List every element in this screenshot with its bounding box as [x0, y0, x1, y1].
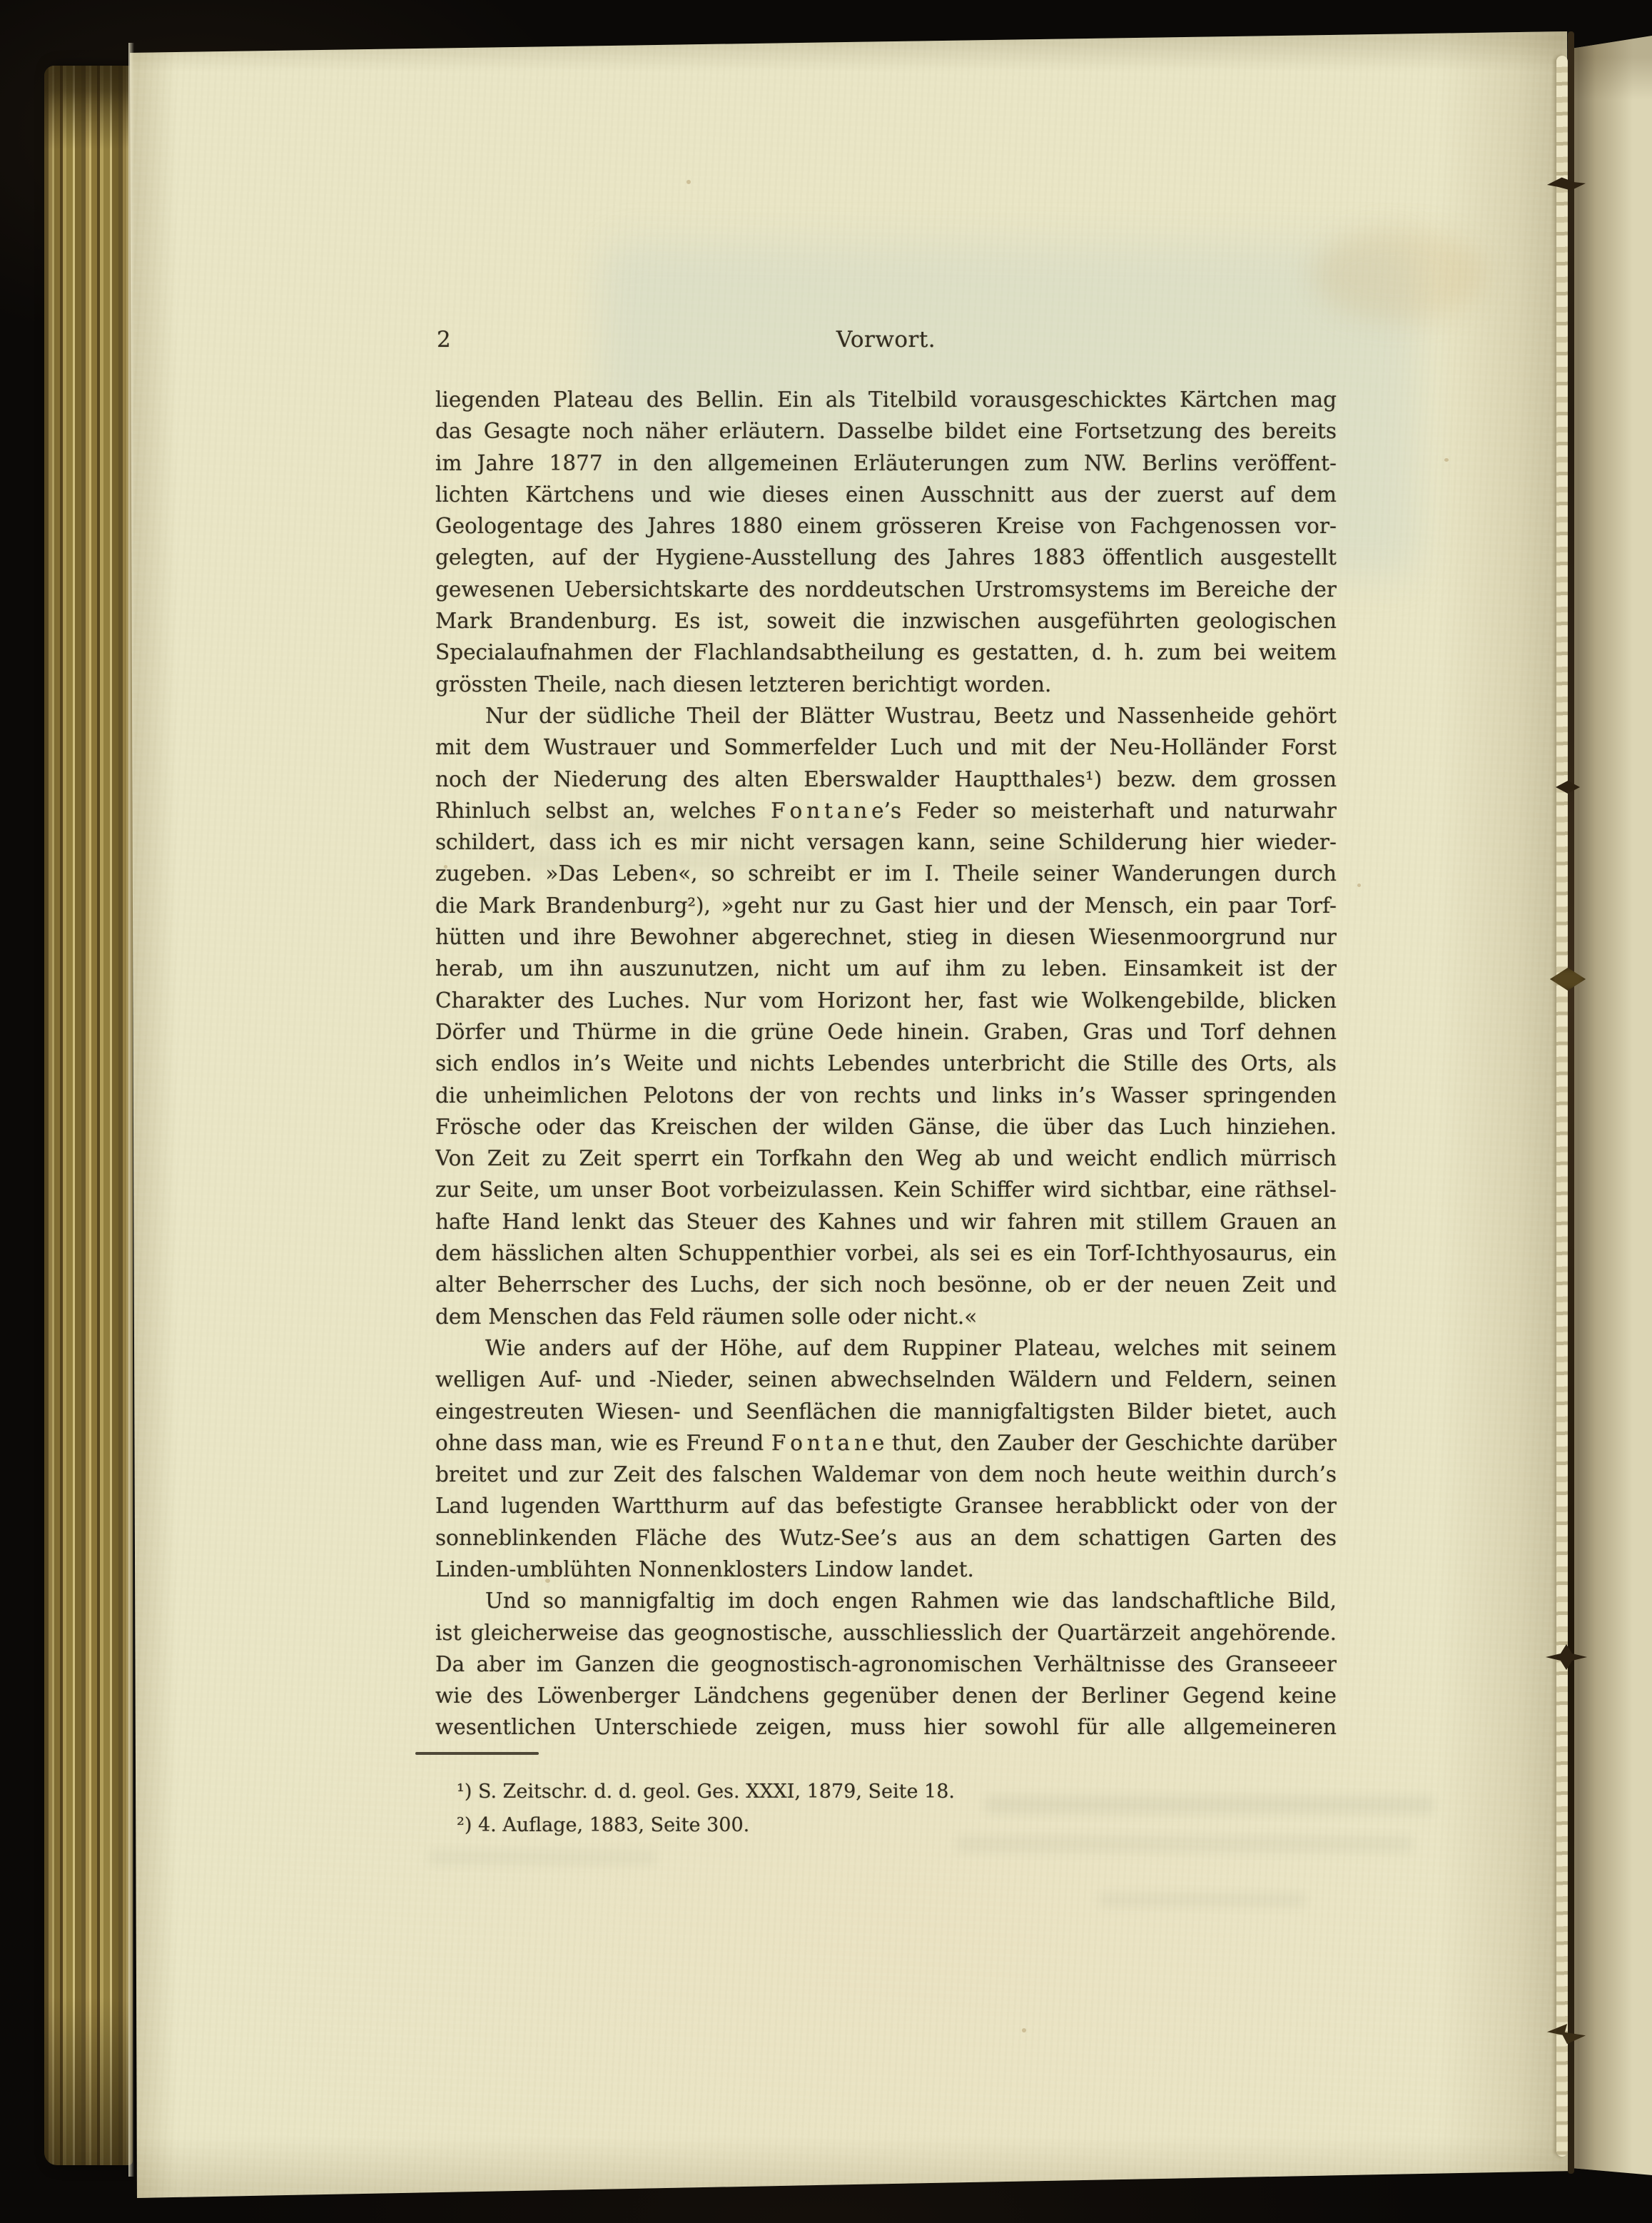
footnote-rule — [415, 1752, 539, 1755]
text-line: schildert, dass ich es mir nicht versage… — [435, 826, 1337, 858]
text-line: ohne dass man, wie es Freund F o n t a n… — [435, 1427, 1337, 1459]
paragraph: liegenden Plateau des Bellin. Ein als Ti… — [435, 384, 1337, 700]
text-line: hafte Hand lenkt das Steuer des Kahnes u… — [435, 1206, 1337, 1237]
text-line: Dörfer und Thürme in die grüne Oede hine… — [435, 1016, 1337, 1048]
text-line: ist gleicherweise das geognostische, aus… — [435, 1617, 1337, 1649]
text-line: dem Menschen das Feld räumen solle oder … — [435, 1301, 1337, 1332]
text-line: zur Seite, um unser Boot vorbeizulassen.… — [435, 1174, 1337, 1205]
text-line: hütten und ihre Bewohner abgerechnet, st… — [435, 921, 1337, 953]
binding-seam — [1568, 31, 1574, 2174]
text-line: Frösche oder das Kreischen der wilden Gä… — [435, 1111, 1337, 1143]
torn-page-stub — [1556, 56, 1568, 2157]
text-line: sich endlos in’s Weite und nichts Lebend… — [435, 1048, 1337, 1079]
text-line: Specialaufnahmen der Flachlandsabtheilun… — [435, 637, 1337, 668]
text-line: die Mark Brandenburg²), »geht nur zu Gas… — [435, 890, 1337, 921]
text-line: noch der Niederung des alten Eberswalder… — [435, 764, 1337, 795]
text-line: lichten Kärtchens und wie dieses einen A… — [435, 479, 1337, 510]
text-line: wesentlichen Unterschiede zeigen, muss h… — [435, 1711, 1337, 1743]
text-line: zugeben. »Das Leben«, so schreibt er im … — [435, 858, 1337, 889]
text-line: sonneblinkenden Fläche des Wutz-See’s au… — [435, 1522, 1337, 1554]
paragraph: Nur der südliche Theil der Blätter Wustr… — [435, 700, 1337, 1332]
text-line: Land lugenden Wartthurm auf das befestig… — [435, 1490, 1337, 1521]
text-line: im Jahre 1877 in den allgemeinen Erläute… — [435, 447, 1337, 479]
text-line: Charakter des Luches. Nur vom Horizont h… — [435, 985, 1337, 1016]
text-line: Mark Brandenburg. Es ist, soweit die inz… — [435, 605, 1337, 637]
text-line: Da aber im Ganzen die geognostisch-agron… — [435, 1649, 1337, 1680]
book-scan: { "page": { "page_number": "2", "running… — [0, 0, 1652, 2223]
text-line: eingestreuten Wiesen- und Seenflächen di… — [435, 1396, 1337, 1427]
text-line: Linden-umblühten Nonnenklosters Lindow l… — [435, 1554, 1337, 1585]
text-line: gewesenen Uebersichtskarte des norddeuts… — [435, 574, 1337, 605]
printed-text-layer: 2 Vorwort. liegenden Plateau des Bellin.… — [0, 0, 1652, 2223]
page-number: 2 — [437, 325, 451, 354]
text-line: gelegten, auf der Hygiene-Ausstellung de… — [435, 542, 1337, 573]
paragraph: Wie anders auf der Höhe, auf dem Ruppine… — [435, 1332, 1337, 1585]
next-page-edge — [1571, 36, 1652, 2175]
text-line: grössten Theile, nach diesen letzteren b… — [435, 669, 1337, 700]
text-line: Wie anders auf der Höhe, auf dem Ruppine… — [435, 1332, 1337, 1364]
text-line: herab, um ihn auszunutzen, nicht um auf … — [435, 953, 1337, 984]
footnote: ²) 4. Auflage, 1883, Seite 300. — [435, 1808, 1337, 1842]
text-line: Von Zeit zu Zeit sperrt ein Torfkahn den… — [435, 1143, 1337, 1174]
text-line: alter Beherrscher des Luchs, der sich no… — [435, 1269, 1337, 1300]
paragraph: Und so mannigfaltig im doch engen Rahmen… — [435, 1585, 1337, 1743]
text-line: Nur der südliche Theil der Blätter Wustr… — [435, 700, 1337, 731]
text-line: Und so mannigfaltig im doch engen Rahmen… — [435, 1585, 1337, 1616]
text-line: Rhinluch selbst an, welches F o n t a n … — [435, 795, 1337, 826]
text-line: breitet und zur Zeit des falschen Waldem… — [435, 1459, 1337, 1490]
page-header: 2 Vorwort. — [435, 325, 1337, 357]
text-line: die unheimlichen Pelotons der von rechts… — [435, 1080, 1337, 1111]
text-line: welligen Auf- und -Nieder, seinen abwech… — [435, 1364, 1337, 1395]
running-title: Vorwort. — [435, 325, 1337, 354]
text-line: dem hässlichen alten Schuppenthier vorbe… — [435, 1237, 1337, 1269]
text-line: wie des Löwenberger Ländchens gegenüber … — [435, 1680, 1337, 1711]
body-text: liegenden Plateau des Bellin. Ein als Ti… — [435, 384, 1337, 1743]
text-line: Geologentage des Jahres 1880 einem gröss… — [435, 510, 1337, 542]
text-line: mit dem Wustrauer und Sommerfelder Luch … — [435, 731, 1337, 763]
text-line: liegenden Plateau des Bellin. Ein als Ti… — [435, 384, 1337, 415]
footnote: ¹) S. Zeitschr. d. d. geol. Ges. XXXI, 1… — [435, 1775, 1337, 1808]
footnotes: ¹) S. Zeitschr. d. d. geol. Ges. XXXI, 1… — [435, 1775, 1337, 1842]
text-line: das Gesagte noch näher erläutern. Dassel… — [435, 415, 1337, 447]
